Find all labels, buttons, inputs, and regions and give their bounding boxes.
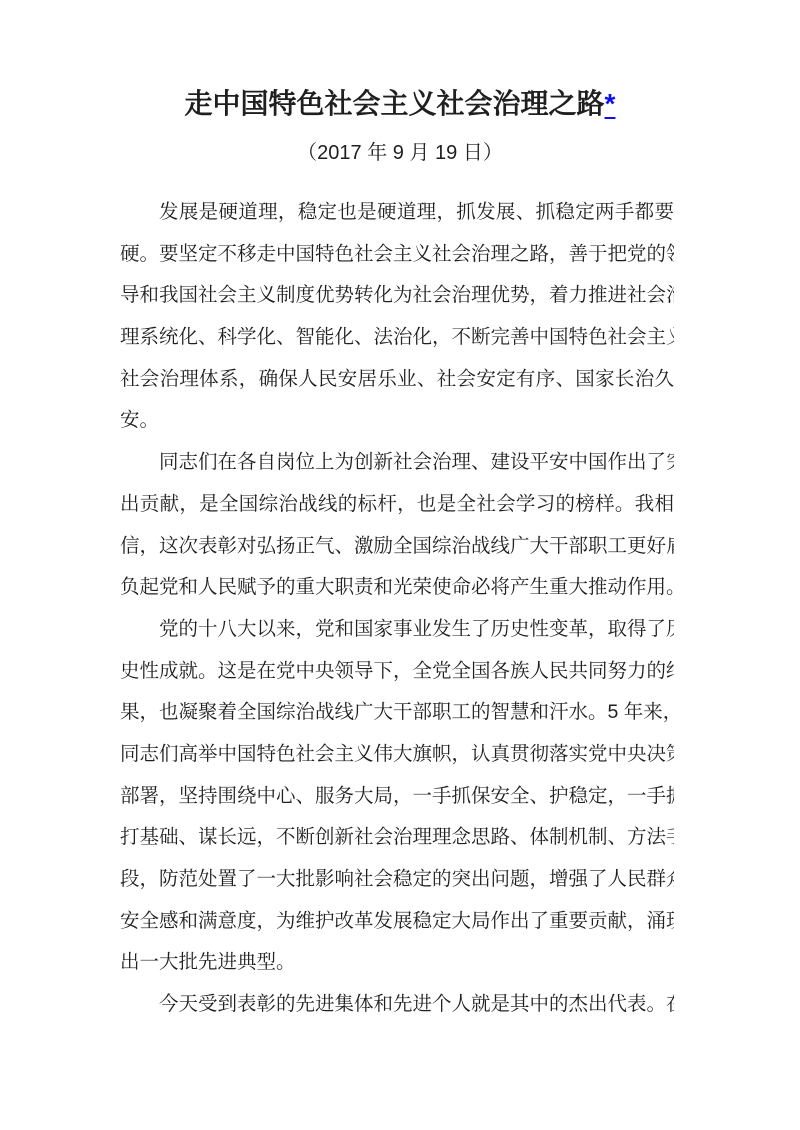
text-line: 安。	[120, 400, 674, 442]
date-line: （2017 年 9 月 19 日）	[0, 139, 800, 167]
text-line: 部署，坚持围绕中心、服务大局，一手抓保安全、护稳定，一手抓	[120, 776, 674, 818]
text-line: 史性成就。这是在党中央领导下，全党全国各族人民共同努力的结	[120, 651, 674, 693]
text-line: 今天受到表彰的先进集体和先进个人就是其中的杰出代表。在	[120, 984, 674, 1026]
text-line: 社会治理体系，确保人民安居乐业、社会安定有序、国家长治久	[120, 359, 674, 401]
text-line: 安全感和满意度，为维护改革发展稳定大局作出了重要贡献，涌现	[120, 901, 674, 943]
title-text: 走中国特色社会主义社会治理之路	[185, 88, 605, 119]
text-line: 党的十八大以来，党和国家事业发生了历史性变革，取得了历	[120, 609, 674, 651]
text-line: 负起党和人民赋予的重大职责和光荣使命必将产生重大推动作用。	[120, 567, 674, 609]
text-line: 打基础、谋长远，不断创新社会治理理念思路、体制机制、方法手	[120, 817, 674, 859]
footnote-marker-link[interactable]: *	[605, 88, 616, 119]
text-line: 段，防范处置了一大批影响社会稳定的突出问题，增强了人民群众	[120, 859, 674, 901]
text-line: 同志们在各自岗位上为创新社会治理、建设平安中国作出了突	[120, 442, 674, 484]
text-line: 出贡献，是全国综治战线的标杆，也是全社会学习的榜样。我相	[120, 484, 674, 526]
document-body: 发展是硬道理，稳定也是硬道理，抓发展、抓稳定两手都要 硬。要坚定不移走中国特色社…	[120, 192, 674, 1026]
text-line: 信，这次表彰对弘扬正气、激励全国综治战线广大干部职工更好肩	[120, 526, 674, 568]
text-line: 理系统化、科学化、智能化、法治化，不断完善中国特色社会主义	[120, 317, 674, 359]
text-line: 果，也凝聚着全国综治战线广大干部职工的智慧和汗水。5 年来，	[120, 692, 674, 734]
text-line: 同志们高举中国特色社会主义伟大旗帜，认真贯彻落实党中央决策	[120, 734, 674, 776]
document-page: 走中国特色社会主义社会治理之路* （2017 年 9 月 19 日） 发展是硬道…	[0, 0, 800, 1130]
text-line: 导和我国社会主义制度优势转化为社会治理优势，着力推进社会治	[120, 275, 674, 317]
text-line: 硬。要坚定不移走中国特色社会主义社会治理之路，善于把党的领	[120, 234, 674, 276]
text-line: 发展是硬道理，稳定也是硬道理，抓发展、抓稳定两手都要	[120, 192, 674, 234]
text-line: 出一大批先进典型。	[120, 942, 674, 984]
page-title: 走中国特色社会主义社会治理之路*	[0, 86, 800, 122]
